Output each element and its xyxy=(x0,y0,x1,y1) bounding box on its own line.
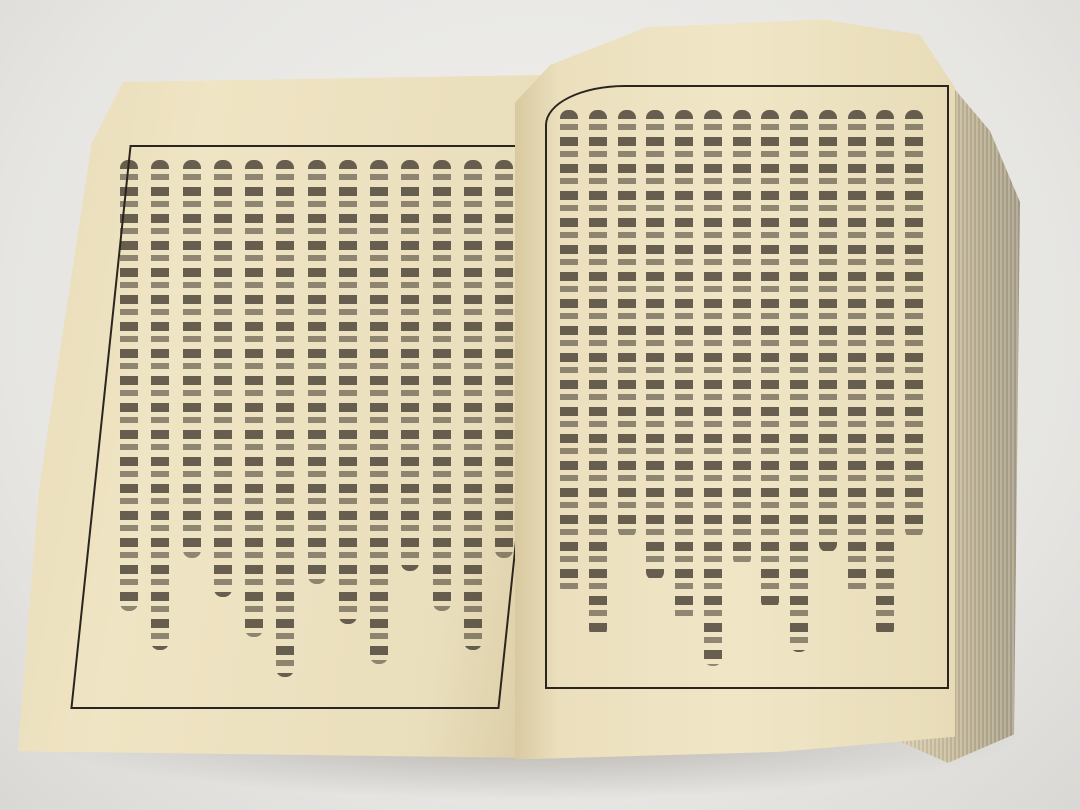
text-column xyxy=(675,110,693,623)
text-column xyxy=(120,160,138,611)
text-column xyxy=(433,160,451,611)
text-column xyxy=(876,110,894,637)
text-column xyxy=(214,160,232,597)
text-column xyxy=(733,110,751,566)
text-column xyxy=(848,110,866,595)
text-column xyxy=(151,160,169,650)
text-column xyxy=(245,160,263,637)
text-column xyxy=(618,110,636,538)
text-column xyxy=(339,160,357,624)
text-column xyxy=(646,110,664,580)
text-column xyxy=(589,110,607,637)
text-column xyxy=(464,160,482,650)
text-column xyxy=(819,110,837,552)
text-column xyxy=(401,160,419,571)
text-column xyxy=(495,160,513,558)
text-column xyxy=(308,160,326,584)
text-column xyxy=(905,110,923,538)
text-column xyxy=(761,110,779,609)
text-column xyxy=(370,160,388,664)
text-column xyxy=(790,110,808,652)
text-column xyxy=(183,160,201,558)
text-column xyxy=(704,110,722,666)
text-column xyxy=(560,110,578,595)
text-column xyxy=(276,160,294,677)
